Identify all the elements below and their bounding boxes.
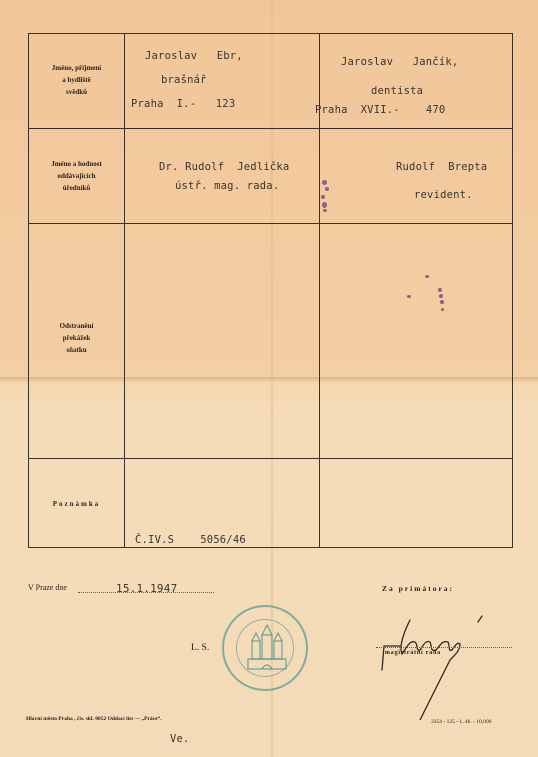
signature-title: magistrátní rada: [385, 650, 441, 656]
official2-title: revident.: [414, 189, 473, 201]
label-line: Jméno, příjmení: [29, 62, 124, 74]
ink-spot: [438, 288, 442, 292]
date-value: 15.1.1947: [116, 582, 177, 595]
witness1-name: Jaroslav Ebr,: [145, 50, 243, 62]
label-line: Odstranění: [29, 320, 124, 332]
witness1-address: Praha I.- 123: [131, 98, 235, 110]
ink-spot: [322, 180, 327, 185]
signature-dotted-line: [376, 647, 512, 648]
official1-name: Dr. Rudolf Jedlička: [159, 161, 289, 173]
ink-spot: [441, 308, 444, 311]
label-line: Jméno a hodnost: [29, 158, 124, 170]
ink-spot: [322, 202, 327, 208]
note-label: Poznámka: [29, 498, 124, 510]
for-mayor-label: Za primátora:: [382, 584, 454, 593]
ink-spot: [321, 195, 325, 199]
ink-spot: [407, 295, 411, 298]
witnesses-label: Jméno, příjmení a bydliště svědků: [29, 62, 124, 98]
label-line: svědků: [29, 86, 124, 98]
officials-label: Jméno a hodnost oddávajících úředníků: [29, 158, 124, 194]
ink-spot: [440, 300, 444, 304]
ink-spot: [439, 294, 443, 298]
label-line: a bydliště: [29, 74, 124, 86]
column-divider-label: [124, 34, 125, 547]
row-divider-1: [29, 128, 512, 129]
typist-initials: Ve.: [170, 733, 190, 745]
seal-label: L. S.: [191, 643, 209, 653]
witness1-occupation: brašnář: [161, 74, 207, 86]
official2-name: Rudolf Brepta: [396, 161, 487, 173]
row-divider-3: [29, 458, 512, 459]
note-reference: Č.IV.S 5056/46: [135, 534, 246, 546]
label-line: překážek: [29, 332, 124, 344]
label-line: oddávajících: [29, 170, 124, 182]
label-line: úředníků: [29, 182, 124, 194]
label-line: sňatku: [29, 344, 124, 356]
print-code: 3354 - 125 - 1. 46. - 10,000: [431, 719, 492, 725]
ink-spot: [323, 209, 327, 212]
city-seal: [222, 605, 308, 691]
official1-title: ústř. mag. rada.: [175, 180, 279, 192]
place-prefix: V Praze dne: [28, 583, 67, 592]
impediments-label: Odstranění překážek sňatku: [29, 320, 124, 356]
signature-handwritten: [360, 610, 520, 720]
castle-icon: [224, 607, 310, 693]
witness2-occupation: dentista: [371, 85, 423, 97]
row-divider-2: [29, 223, 512, 224]
ink-spot: [325, 187, 329, 191]
form-imprint: Hlavní město Praha , čís. skl. 0052 Odda…: [26, 716, 162, 722]
witness2-address: Praha XVII.- 470: [315, 104, 445, 116]
ink-spot: [425, 275, 429, 278]
witness2-name: Jaroslav Jančík,: [341, 56, 458, 68]
